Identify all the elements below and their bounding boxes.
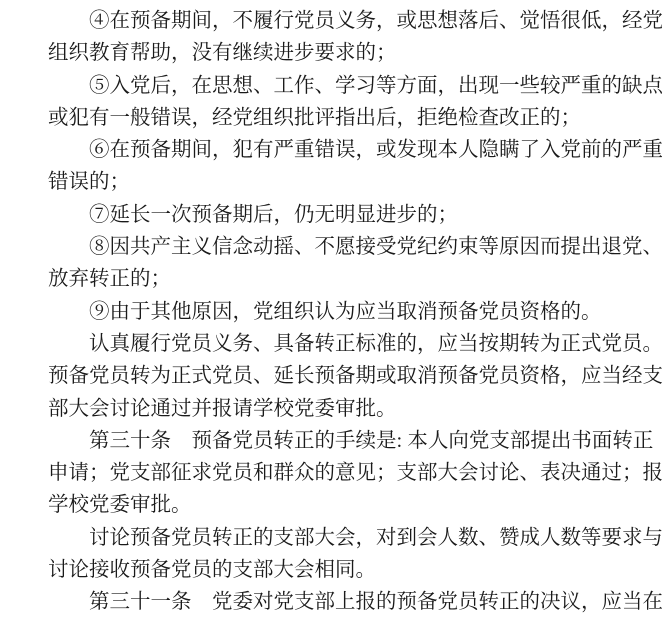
article-31-line1: 第三十一条 党委对党支部上报的预备党员转正的决议，应当在 xyxy=(48,586,652,618)
clause9-line1: ⑨由于其他原因，党组织认为应当取消预备党员资格的。 xyxy=(48,296,652,328)
para-transfer-line2: 预备党员转为正式党员、延长预备期或取消预备党员资格，应当经支 xyxy=(48,360,652,392)
clause6-line1: ⑥在预备期间，犯有严重错误，或发现本人隐瞒了入党前的严重 xyxy=(48,134,652,166)
clause5-line1: ⑤入党后，在思想、工作、学习等方面，出现一些较严重的缺点， xyxy=(48,70,652,102)
clause5-line2: 或犯有一般错误，经党组织批评指出后，拒绝检查改正的； xyxy=(48,102,652,134)
article-30-line2: 申请；党支部征求党员和群众的意见；支部大会讨论、表决通过；报 xyxy=(48,457,652,489)
para-branch-meeting-line2: 讨论接收预备党员的支部大会相同。 xyxy=(48,554,652,586)
clause4-line2: 组织教育帮助，没有继续进步要求的； xyxy=(48,37,652,69)
article-30-line1: 第三十条 预备党员转正的手续是: 本人向党支部提出书面转正 xyxy=(48,425,652,457)
para-transfer-line3: 部大会讨论通过并报请学校党委审批。 xyxy=(48,393,652,425)
clause7-line1: ⑦延长一次预备期后，仍无明显进步的； xyxy=(48,199,652,231)
clause4-line1: ④在预备期间，不履行党员义务，或思想落后、觉悟很低，经党 xyxy=(48,5,652,37)
document-page: ④在预备期间，不履行党员义务，或思想落后、觉悟很低，经党 组织教育帮助，没有继续… xyxy=(0,0,662,634)
clause8-line1: ⑧因共产主义信念动摇、不愿接受党纪约束等原因而提出退党、 xyxy=(48,231,652,263)
article-30-line3: 学校党委审批。 xyxy=(48,489,652,521)
para-branch-meeting-line1: 讨论预备党员转正的支部大会，对到会人数、赞成人数等要求与 xyxy=(48,522,652,554)
clause8-line2: 放弃转正的； xyxy=(48,263,652,295)
para-transfer-line1: 认真履行党员义务、具备转正标准的，应当按期转为正式党员。 xyxy=(48,328,652,360)
clause6-line2: 错误的； xyxy=(48,166,652,198)
